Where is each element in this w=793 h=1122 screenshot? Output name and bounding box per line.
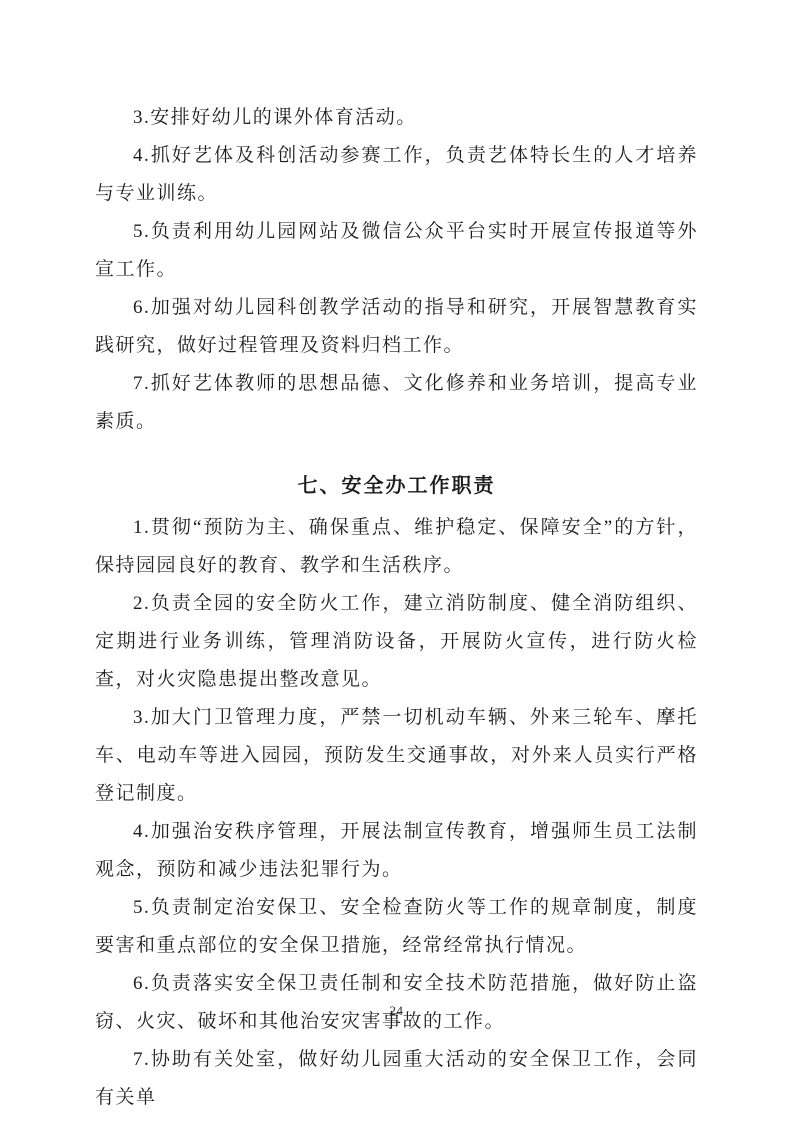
page-number: 24 <box>0 1003 793 1019</box>
paragraph: 3.安排好幼儿的课外体育活动。 <box>95 99 698 137</box>
paragraph: 2.负责全园的安全防火工作，建立消防制度、健全消防组织、定期进行业务训练，管理消… <box>95 585 698 699</box>
paragraph: 4.抓好艺体及科创活动参赛工作，负责艺体特长生的人才培养与专业训练。 <box>95 137 698 213</box>
paragraph: 4.加强治安秩序管理，开展法制宣传教育，增强师生员工法制观念，预防和减少违法犯罪… <box>95 813 698 889</box>
document-page: 3.安排好幼儿的课外体育活动。 4.抓好艺体及科创活动参赛工作，负责艺体特长生的… <box>0 0 793 1122</box>
paragraph: 3.加大门卫管理力度，严禁一切机动车辆、外来三轮车、摩托车、电动车等进入园园，预… <box>95 699 698 813</box>
paragraph: 6.加强对幼儿园科创教学活动的指导和研究，开展智慧教育实践研究，做好过程管理及资… <box>95 289 698 365</box>
section-heading: 七、安全办工作职责 <box>95 467 698 505</box>
paragraph: 7.协助有关处室，做好幼儿园重大活动的安全保卫工作，会同有关单 <box>95 1041 698 1117</box>
paragraph: 1.贯彻“预防为主、确保重点、维护稳定、保障安全”的方针，保持园园良好的教育、教… <box>95 509 698 585</box>
paragraph: 5.负责制定治安保卫、安全检查防火等工作的规章制度，制度要害和重点部位的安全保卫… <box>95 889 698 965</box>
paragraph: 5.负责利用幼儿园网站及微信公众平台实时开展宣传报道等外宣工作。 <box>95 213 698 289</box>
paragraph: 7.抓好艺体教师的思想品德、文化修养和业务培训，提高专业素质。 <box>95 365 698 441</box>
